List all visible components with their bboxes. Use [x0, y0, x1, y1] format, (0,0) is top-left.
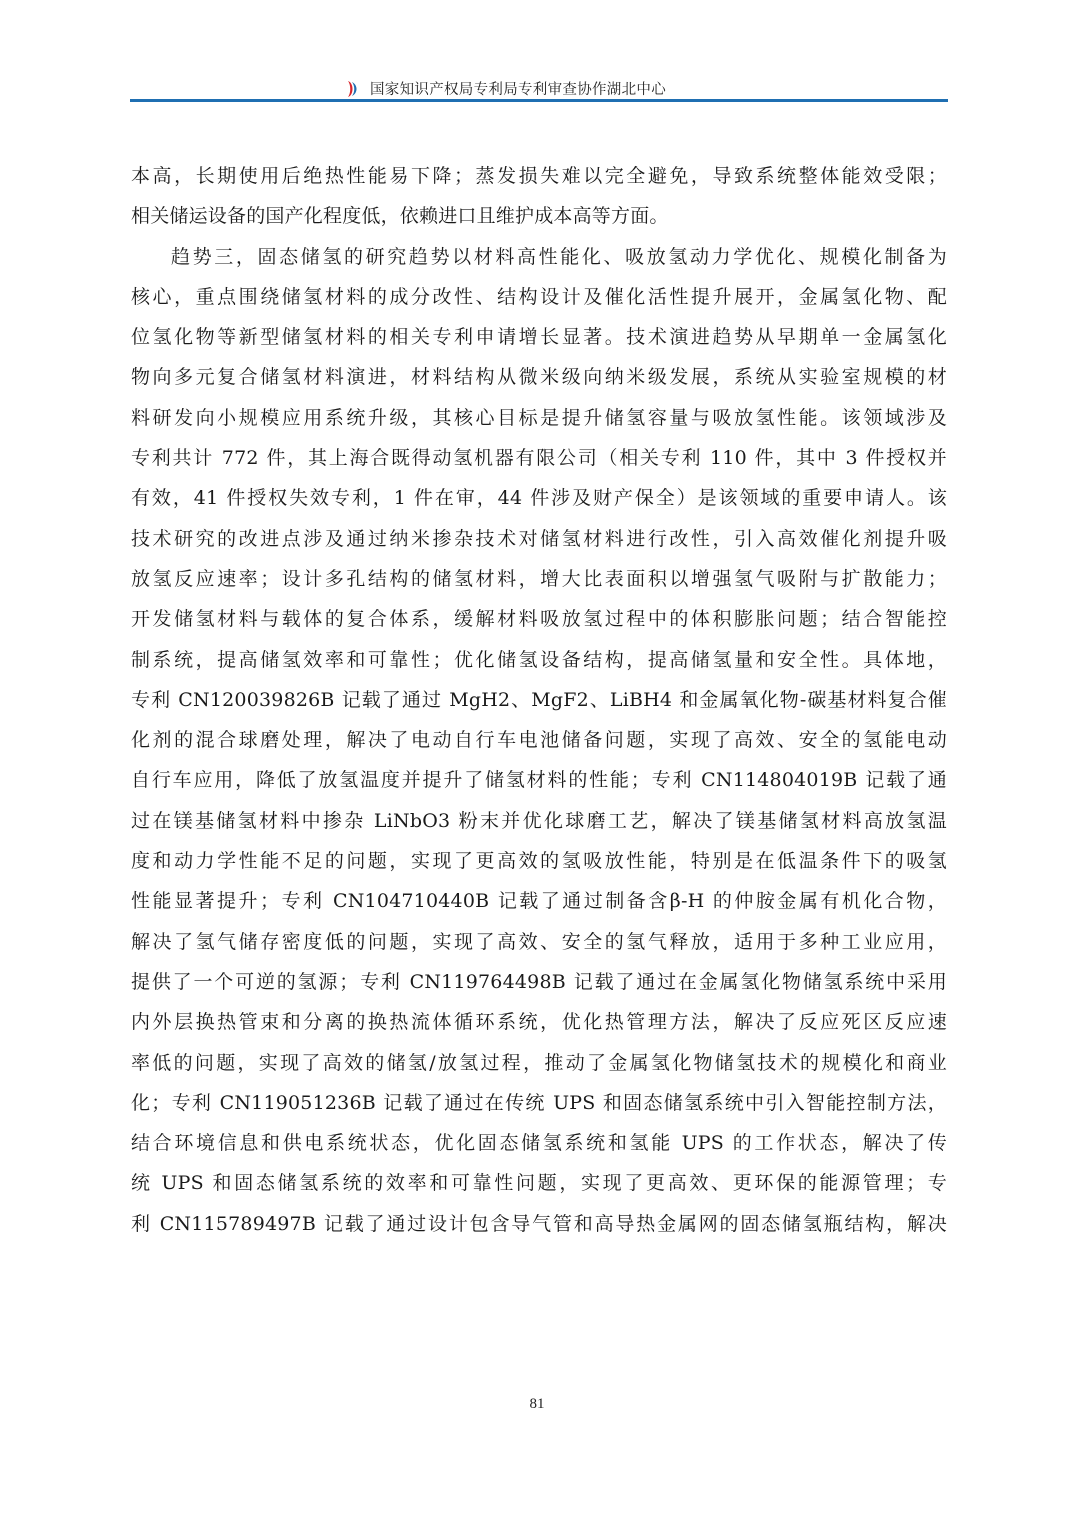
text-line: 率低的问题，实现了高效的储氢/放氢过程，推动了金属氢化物储氢技术的规模化和商业 [131, 1043, 947, 1083]
text-line: 料研发向小规模应用系统升级，其核心目标是提升储氢容量与吸放氢性能。该领域涉及 [131, 398, 947, 438]
text-line: 化；专利 CN119051236B 记载了通过在传统 UPS 和固态储氢系统中引… [131, 1083, 947, 1123]
header-title: 国家知识产权局专利局专利审查协作湖北中心 [370, 78, 666, 99]
text-line: 位氢化物等新型储氢材料的相关专利申请增长显著。技术演进趋势从早期单一金属氢化 [131, 317, 947, 357]
text-line: 自行车应用，降低了放氢温度并提升了储氢材料的性能；专利 CN114804019B… [131, 760, 947, 800]
text-line: 统 UPS 和固态储氢系统的效率和可靠性问题，实现了更高效、更环保的能源管理；专 [131, 1163, 947, 1203]
text-line: 物向多元复合储氢材料演进，材料结构从微米级向纳米级发展，系统从实验室规模的材 [131, 357, 947, 397]
page-header: 国家知识产权局专利局专利审查协作湖北中心 [130, 72, 948, 104]
text-line: 开发储氢材料与载体的复合体系，缓解材料吸放氢过程中的体积膨胀问题；结合智能控 [131, 599, 947, 639]
text-line: 技术研究的改进点涉及通过纳米掺杂技术对储氢材料进行改性，引入高效催化剂提升吸 [131, 519, 947, 559]
text-line: 解决了氢气储存密度低的问题，实现了高效、安全的氢气释放，适用于多种工业应用， [131, 922, 947, 962]
text-line: 趋势三，固态储氢的研究趋势以材料高性能化、吸放氢动力学优化、规模化制备为 [131, 237, 947, 277]
text-line: 化剂的混合球磨处理，解决了电动自行车电池储备问题，实现了高效、安全的氢能电动 [131, 720, 947, 760]
text-line: 度和动力学性能不足的问题，实现了更高效的氢吸放性能，特别是在低温条件下的吸氢 [131, 841, 947, 881]
document-body: 本高，长期使用后绝热性能易下降；蒸发损失难以完全避免，导致系统整体能效受限； 相… [131, 156, 947, 1244]
text-line: 有效，41 件授权失效专利，1 件在审，44 件涉及财产保全）是该领域的重要申请… [131, 478, 947, 518]
paragraph-trend-three: 趋势三，固态储氢的研究趋势以材料高性能化、吸放氢动力学优化、规模化制备为 核心，… [131, 237, 947, 1244]
text-line: 相关储运设备的国产化程度低，依赖进口且维护成本高等方面。 [131, 196, 947, 236]
page-number: 81 [0, 1396, 1074, 1413]
text-line: 内外层换热管束和分离的换热流体循环系统，优化热管理方法，解决了反应死区反应速 [131, 1002, 947, 1042]
text-line: 放氢反应速率；设计多孔结构的储氢材料，增大比表面积以增强氢气吸附与扩散能力； [131, 559, 947, 599]
text-line: 性能显著提升；专利 CN104710440B 记载了通过制备含β-H 的仲胺金属… [131, 881, 947, 921]
text-line: 核心，重点围绕储氢材料的成分改性、结构设计及催化活性提升展开，金属氢化物、配 [131, 277, 947, 317]
text-line: 制系统，提高储氢效率和可靠性；优化储氢设备结构，提高储氢量和安全性。具体地， [131, 640, 947, 680]
header-divider [130, 99, 948, 102]
paragraph-continuation: 本高，长期使用后绝热性能易下降；蒸发损失难以完全避免，导致系统整体能效受限； 相… [131, 156, 947, 237]
text-line: 结合环境信息和供电系统状态，优化固态储氢系统和氢能 UPS 的工作状态，解决了传 [131, 1123, 947, 1163]
cnipa-logo-icon [344, 80, 360, 98]
text-line: 过在镁基储氢材料中掺杂 LiNbO3 粉末并优化球磨工艺，解决了镁基储氢材料高放… [131, 801, 947, 841]
header-brand: 国家知识产权局专利局专利审查协作湖北中心 [344, 78, 666, 99]
text-line: 专利共计 772 件，其上海合既得动氢机器有限公司（相关专利 110 件，其中 … [131, 438, 947, 478]
text-line: 本高，长期使用后绝热性能易下降；蒸发损失难以完全避免，导致系统整体能效受限； [131, 156, 947, 196]
text-line: 提供了一个可逆的氢源；专利 CN119764498B 记载了通过在金属氢化物储氢… [131, 962, 947, 1002]
text-line: 专利 CN120039826B 记载了通过 MgH2、MgF2、LiBH4 和金… [131, 680, 947, 720]
text-line: 利 CN115789497B 记载了通过设计包含导气管和高导热金属网的固态储氢瓶… [131, 1204, 947, 1244]
